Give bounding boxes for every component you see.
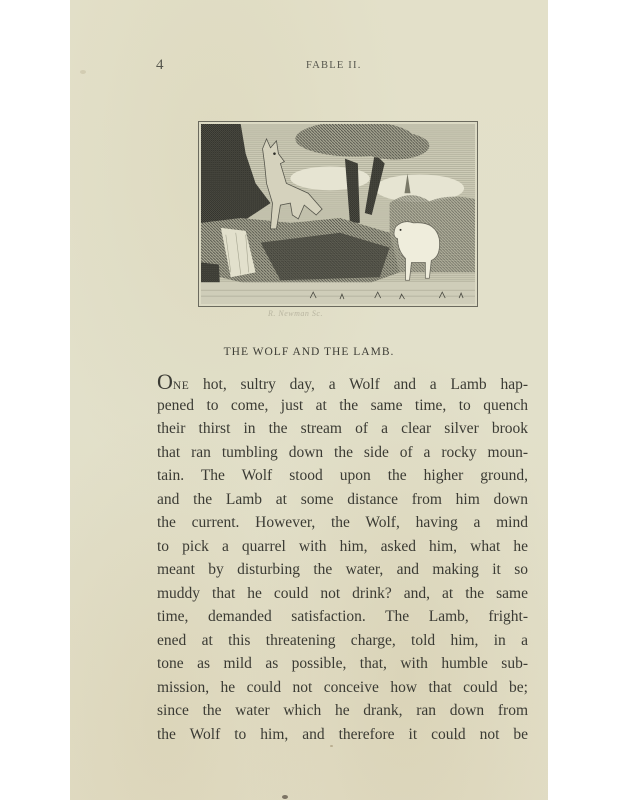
engraving-illustration: [201, 124, 475, 304]
text-line: the current. However, the Wolf, having a…: [157, 511, 528, 535]
fable-title: THE WOLF AND THE LAMB.: [70, 346, 548, 358]
book-page: 4 FABLE II.: [70, 0, 548, 800]
text-line: their thirst in the stream of a clear si…: [157, 417, 528, 441]
opening-rest: hot, sultry day, a Wolf and a Lamb hap-: [189, 376, 528, 393]
text-line: since the water which he drank, ran down…: [157, 699, 528, 723]
fable-body-text: ONE hot, sultry day, a Wolf and a Lamb h…: [157, 370, 528, 746]
text-line: and the Lamb at some distance from him d…: [157, 488, 528, 512]
text-line: tone as mild as possible, that, with hum…: [157, 652, 528, 676]
initial-letter: O: [157, 369, 173, 394]
engraver-credit: R. Newman Sc.: [268, 309, 323, 318]
text-line: ened at this threatening charge, told hi…: [157, 629, 528, 653]
running-title: FABLE II.: [306, 60, 362, 71]
page-number: 4: [156, 57, 164, 74]
text-line: time, demanded satisfaction. The Lamb, f…: [157, 605, 528, 629]
running-head: 4 FABLE II.: [70, 57, 548, 77]
wolf-and-lamb-engraving: [198, 121, 478, 307]
scan-canvas: 4 FABLE II.: [0, 0, 618, 800]
paper-speck: [282, 795, 288, 799]
text-line-1: ONE hot, sultry day, a Wolf and a Lamb h…: [157, 370, 528, 394]
text-line: muddy that he could not drink? and, at t…: [157, 582, 528, 606]
text-line: tain. The Wolf stood upon the higher gro…: [157, 464, 528, 488]
text-line: mission, he could not conceive how that …: [157, 676, 528, 700]
text-line: the Wolf to him, and therefore it could …: [157, 723, 528, 747]
text-line: that ran tumbling down the side of a roc…: [157, 441, 528, 465]
text-line: meant by disturbing the water, and makin…: [157, 558, 528, 582]
opening-smallcaps: NE: [173, 380, 189, 392]
text-line: to pick a quarrel with him, asked him, w…: [157, 535, 528, 559]
text-line: pened to come, just at the same time, to…: [157, 394, 528, 418]
